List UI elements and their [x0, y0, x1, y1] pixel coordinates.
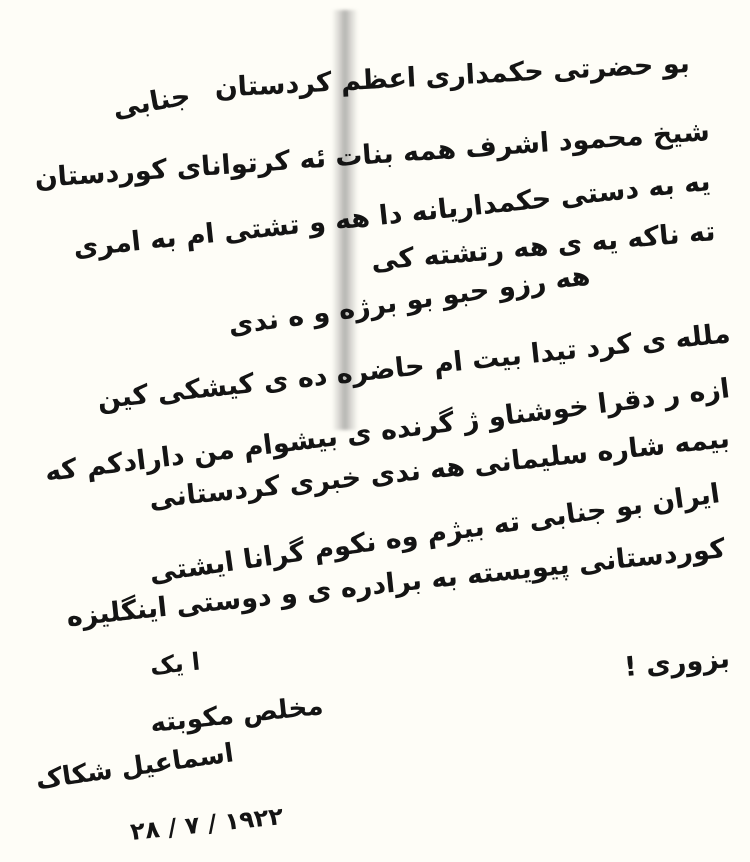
salutation-line: بو حضرتی حکمداری اعظم کردستان — [214, 50, 690, 102]
salutation-end: جنابی — [111, 82, 193, 122]
signature-mark: ا یک — [149, 647, 202, 680]
closing-phrase: مخلص مکوبته — [149, 691, 325, 739]
body-line-10: بزوری ! — [623, 645, 731, 681]
letter-date: ۱۹۲۲ / ۷ / ۲۸ — [129, 802, 285, 846]
signatory-name: اسماعیل شکاک — [34, 738, 236, 795]
letter-page: بو حضرتی حکمداری اعظم کردستان جنابی شیخ … — [0, 0, 750, 862]
